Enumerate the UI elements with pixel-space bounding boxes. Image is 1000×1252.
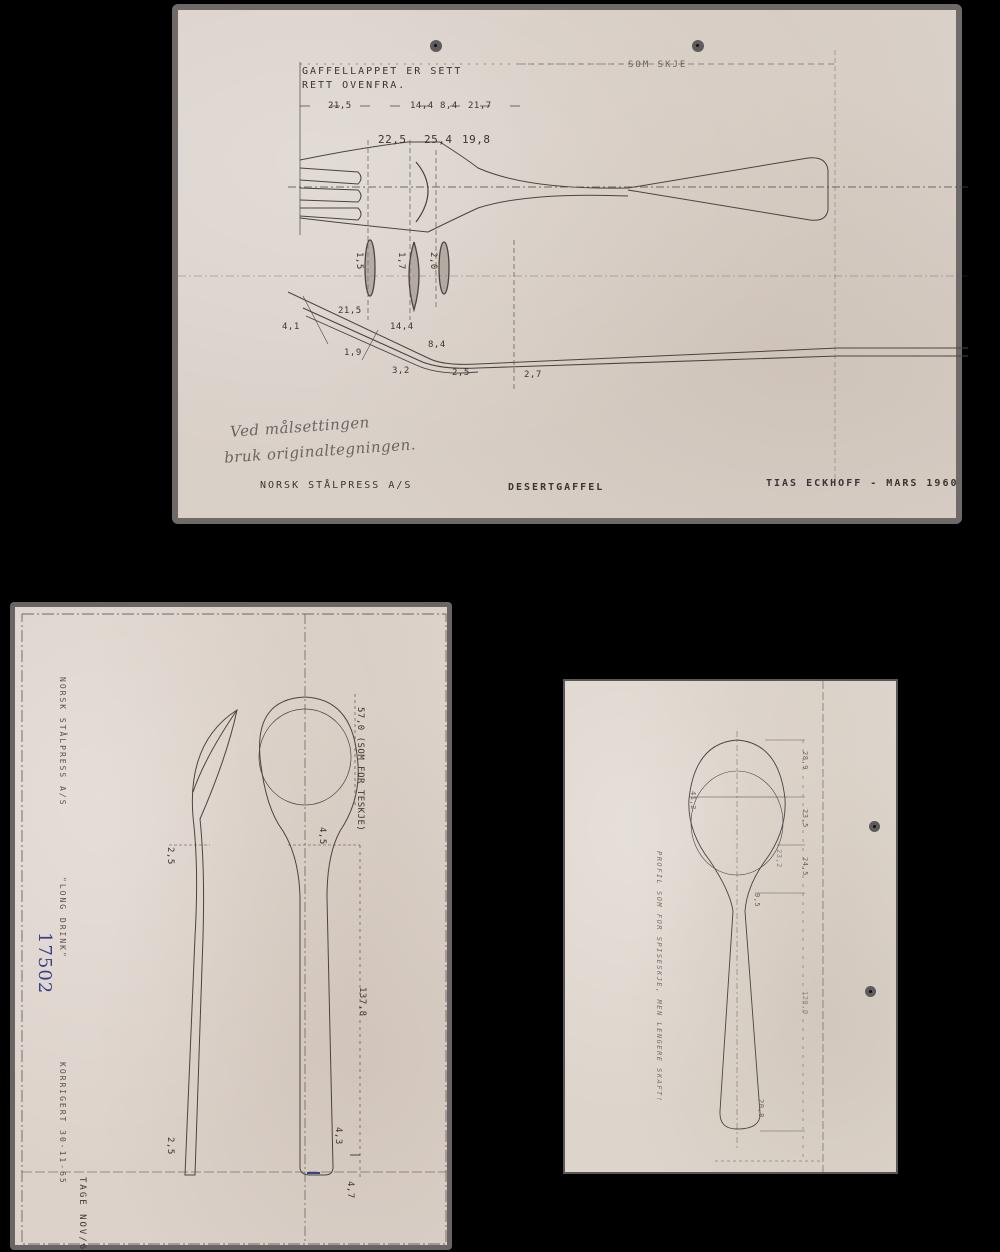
spoon-technical-drawing (565, 681, 900, 1176)
dim-neck-width: 4,5 (317, 827, 327, 845)
dim-foot-side: 2,5 (165, 1137, 175, 1155)
dim-21-5: 21,5 (328, 101, 352, 111)
maker-label: NORSK STÅLPRESS A/S (260, 480, 412, 491)
same-as-spoon-label: SOM SKJE (628, 60, 687, 70)
dim-handle-length: 137,8 (357, 987, 367, 1017)
catalog-number: 17502 (34, 932, 55, 994)
dim-21-7: 21,7 (468, 101, 492, 111)
dim-14-4: 14,4 (410, 101, 434, 111)
dim-bowl-length: 57,0 (SOM FOR TESKJE) (355, 707, 365, 831)
dim-foot-depth: 4,7 (345, 1181, 355, 1199)
note-top-line-1: GAFFELLAPPET ER SETT (302, 66, 462, 77)
longdrink-spoon-technical-drawing (15, 607, 457, 1252)
dim-25-4: 25,4 (424, 133, 453, 146)
dim-19-8: 19,8 (462, 133, 491, 146)
dim-8-4: 8,4 (440, 101, 458, 111)
maker-label: NORSK STÅLPRESS A/S (58, 677, 67, 807)
dim-side-thickness: 2,5 (165, 847, 175, 865)
item-label: "LONG DRINK" (58, 877, 67, 959)
dim-22-5: 22,5 (378, 133, 407, 146)
longdrink-spoon-drawing-sheet: 57,0 (SOM FOR TESKJE) 4,5 2,5 137,8 4,3 … (10, 602, 452, 1250)
dim-neck-width: 9,5 (753, 893, 761, 907)
dim-handle-length: 120,0 (801, 991, 809, 1015)
side-dim-2-5: 2,5 (452, 368, 470, 378)
side-dim-21-5: 21,5 (338, 306, 362, 316)
dim-bowl-lower: 23,2 (775, 849, 783, 868)
dim-foot-width: 4,3 (333, 1127, 343, 1145)
signature-label: TAGE NOV/65 (77, 1177, 87, 1252)
dim-foot-width: 20,8 (757, 1099, 765, 1118)
dim-bowl-top: 28,9 (801, 751, 809, 770)
side-dim-8-4: 8,4 (428, 340, 446, 350)
dim-bowl-width: 41,2 (689, 791, 697, 810)
side-dim-2-7: 2,7 (524, 370, 542, 380)
side-dim-3-2: 3,2 (392, 366, 410, 376)
fork-drawing-sheet: GAFFELLAPPET ER SETT RETT OVENFRA. SOM S… (172, 4, 962, 524)
side-dim-1-9: 1,9 (344, 348, 362, 358)
spoon-drawing-sheet: 28,9 41,2 23,5 23,2 24,5 9,5 120,0 20,8 … (563, 679, 898, 1174)
section-dim-1: 1,5 (354, 252, 364, 270)
section-dim-2: 1,7 (396, 252, 406, 270)
side-dim-14-4: 14,4 (390, 322, 414, 332)
section-dim-3: 2,0 (428, 252, 438, 270)
note-top-line-2: RETT OVENFRA. (302, 80, 406, 91)
profile-note: PROFIL SOM FOR SPISESKJE, MEN LENGERE SK… (655, 851, 663, 1102)
signature-label: TIAS ECKHOFF - MARS 1960 (766, 478, 959, 489)
item-label: DESERTGAFFEL (508, 482, 604, 493)
dim-bowl-mid: 23,5 (801, 809, 809, 828)
dim-neck: 24,5 (801, 857, 809, 876)
revised-label: KORRIGERT 30-11-65 (58, 1062, 67, 1185)
side-dim-4-1: 4,1 (282, 322, 300, 332)
